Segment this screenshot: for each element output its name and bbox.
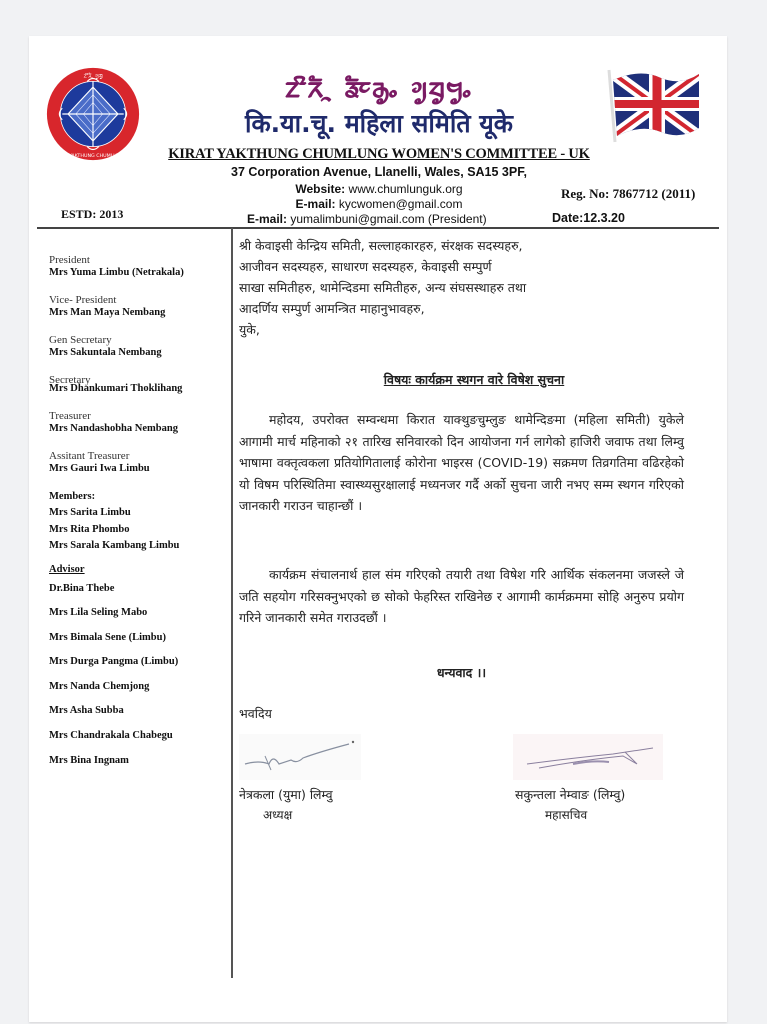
- member-item: Mrs Rita Phombo: [49, 522, 229, 539]
- officer-gen-secretary: Gen Secretary Mrs Sakuntala Nembang: [49, 334, 229, 359]
- signatory-name: नेत्रकला (युमा) लिम्वु: [239, 786, 333, 803]
- members-heading: Members:: [49, 489, 229, 505]
- website-label: Website:: [295, 182, 345, 196]
- signature-icon: [513, 734, 663, 780]
- subject-text: विषयः कार्यक्रम स्थगन वारे विषेश सुचना: [384, 372, 564, 387]
- advisor-item: Mrs Chandrakala Chabegu: [49, 730, 229, 742]
- officer-role: Assitant Treasurer: [49, 450, 229, 462]
- signatory-title: महासचिव: [545, 806, 587, 823]
- addressee-line: श्री केवाइसी केन्द्रिय समिती, सल्लाहकारह…: [239, 235, 526, 256]
- signature-icon: [239, 734, 361, 780]
- officer-president: President Mrs Yuma Limbu (Netrakala): [49, 254, 229, 279]
- email-label: E-mail:: [296, 197, 336, 211]
- advisor-item: Mrs Bimala Sene (Limbu): [49, 632, 229, 644]
- president-email-line: E-mail: yumalimbuni@gmail.com (President…: [247, 212, 487, 226]
- paragraph-2: कार्यक्रम संचालनार्थ हाल संम गरिएको तयार…: [239, 564, 684, 629]
- advisor-item: Mrs Asha Subba: [49, 705, 229, 717]
- advisor-heading: Advisor: [49, 564, 229, 575]
- president-email-link[interactable]: yumalimbuni@gmail.com (President): [290, 212, 486, 226]
- signatory-title: अध्यक्ष: [263, 806, 292, 823]
- email-link[interactable]: kycwomen@gmail.com: [339, 197, 463, 211]
- website-link[interactable]: www.chumlunguk.org: [349, 182, 463, 196]
- addressee-line: युके,: [239, 319, 526, 340]
- established-year: ESTD: 2013: [61, 207, 123, 222]
- uk-flag-icon: [601, 66, 705, 146]
- website-line: Website: www.chumlunguk.org: [179, 182, 579, 196]
- closing-line: भवदिय: [239, 705, 272, 722]
- officer-name: Mrs Gauri Iwa Limbu: [49, 462, 229, 475]
- signatory-name: सकुन्तला नेम्वाङ (लिम्वु): [515, 786, 625, 803]
- devanagari-title: कि.या.चू. महिला समिति यूके: [189, 106, 569, 140]
- member-item: Mrs Sarita Limbu: [49, 505, 229, 522]
- officer-name: Mrs Yuma Limbu (Netrakala): [49, 266, 229, 279]
- email-line: E-mail: kycwomen@gmail.com: [179, 197, 579, 211]
- officer-name: Mrs Sakuntala Nembang: [49, 346, 229, 359]
- officer-secretary: Secretary Mrs Dhankumari Thoklihang: [49, 374, 229, 395]
- officer-name: Mrs Dhankumari Thoklihang: [49, 382, 229, 395]
- organization-emblem-icon: ᤁᤡᤖᤠᤳ ᤆᤢᤔᤢ KIRAT YAKTHUNG CHUMLUNG UK: [45, 66, 141, 162]
- address: 37 Corporation Avenue, Llanelli, Wales, …: [179, 165, 579, 179]
- letter-date: Date:12.3.20: [552, 211, 625, 225]
- advisor-item: Mrs Lila Seling Mabo: [49, 607, 229, 619]
- english-title: KIRAT YAKTHUNG CHUMLUNG WOMEN'S COMMITTE…: [159, 146, 599, 163]
- committee-sidebar: President Mrs Yuma Limbu (Netrakala) Vic…: [49, 254, 229, 779]
- advisor-item: Mrs Nanda Chemjong: [49, 681, 229, 693]
- limbu-script-title: ᤁᤡᤖᤠᤳ ᤕᤠᤰᤌᤢᤱ ᤆᤢᤔᤢᤗᤢᤱ: [189, 70, 569, 106]
- officer-role: Vice- President: [49, 294, 229, 306]
- paragraph-1: महोदय, उपरोक्त सम्वन्धमा किरात याक्थुङचु…: [239, 409, 684, 517]
- advisor-item: Mrs Bina Ingnam: [49, 755, 229, 767]
- addressee-block: श्री केवाइसी केन्द्रिय समिती, सल्लाहकारह…: [239, 235, 526, 340]
- sidebar-divider: [231, 228, 233, 978]
- addressee-line: आदर्णिय सम्पुर्ण आमन्त्रित माहानुभावहरु,: [239, 298, 526, 319]
- letterhead-page: ᤁᤡᤖᤠᤳ ᤆᤢᤔᤢ KIRAT YAKTHUNG CHUMLUNG UK ᤁᤡ…: [29, 36, 727, 1022]
- thanks-line: धन्यवाद ।।: [239, 664, 684, 681]
- officer-role: President: [49, 254, 229, 266]
- officer-treasurer: Treasurer Mrs Nandashobha Nembang: [49, 410, 229, 435]
- officer-role: Gen Secretary: [49, 334, 229, 346]
- addressee-line: आजीवन सदस्यहरु, साधारण सदस्यहरु, केवाइसी…: [239, 256, 526, 277]
- svg-text:KIRAT YAKTHUNG CHUMLUNG UK: KIRAT YAKTHUNG CHUMLUNG UK: [54, 153, 133, 159]
- addressee-line: साखा समितीहरु, थामेन्दिडमा समितीहरु, अन्…: [239, 277, 526, 298]
- member-item: Mrs Sarala Kambang Limbu: [49, 538, 229, 555]
- registration-number: Reg. No: 7867712 (2011): [561, 186, 695, 202]
- subject-line: विषयः कार्यक्रम स्थगन वारे विषेश सुचना: [239, 371, 709, 388]
- officer-name: Mrs Man Maya Nembang: [49, 306, 229, 319]
- advisor-item: Mrs Durga Pangma (Limbu): [49, 656, 229, 668]
- header-divider: [37, 227, 719, 229]
- svg-text:ᤁᤡᤖᤠᤳ ᤆᤢᤔᤢ: ᤁᤡᤖᤠᤳ ᤆᤢᤔᤢ: [84, 72, 103, 80]
- officer-vice-president: Vice- President Mrs Man Maya Nembang: [49, 294, 229, 319]
- email2-label: E-mail:: [247, 212, 287, 226]
- officer-role: Treasurer: [49, 410, 229, 422]
- advisor-item: Dr.Bina Thebe: [49, 583, 229, 595]
- officer-name: Mrs Nandashobha Nembang: [49, 422, 229, 435]
- officer-assistant-treasurer: Assitant Treasurer Mrs Gauri Iwa Limbu: [49, 450, 229, 475]
